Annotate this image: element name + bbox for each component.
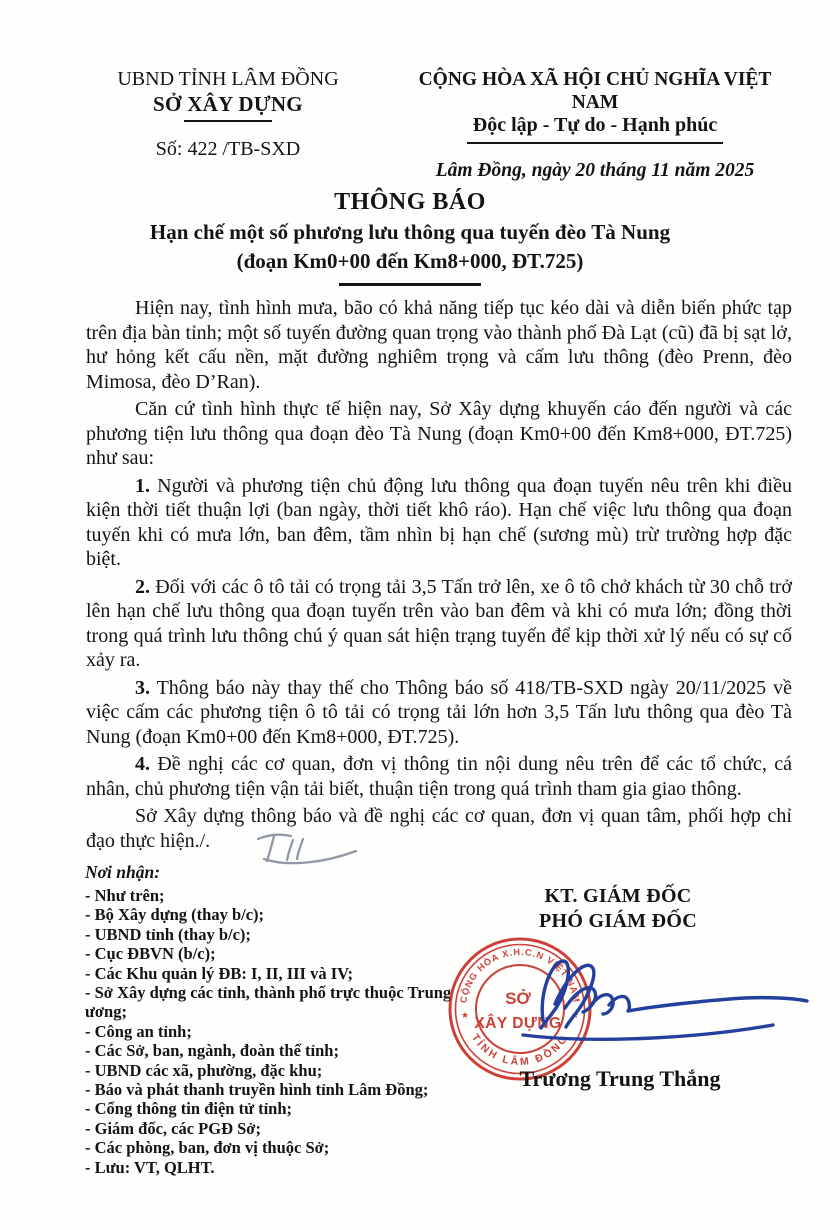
scanned-official-document: UBND TỈNH LÂM ĐỒNG SỞ XÂY DỰNG Số: 422 /…: [0, 0, 840, 1230]
signer-title-block: KT. GIÁM ĐỐC PHÓ GIÁM ĐỐC: [432, 884, 804, 934]
recipient-item: - Lưu: VT, QLHT.: [85, 1158, 467, 1177]
body-paragraph: Hiện nay, tình hình mưa, bão có khả năng…: [86, 296, 792, 394]
recipient-item: - Báo và phát thanh truyền hình tỉnh Lâm…: [85, 1080, 467, 1099]
national-motto: Độc lập - Tự do - Hạnh phúc: [396, 114, 794, 138]
recipient-item: - Cục ĐBVN (b/c);: [85, 944, 467, 963]
body-paragraph: 3. Thông báo này thay thế cho Thông báo …: [86, 676, 792, 750]
paragraph-number: 1.: [135, 475, 150, 497]
paragraph-number: 3.: [135, 677, 150, 699]
recipient-item: - UBND các xã, phường, đặc khu;: [85, 1061, 467, 1080]
org-name: SỞ XÂY DỰNG: [86, 92, 370, 117]
national-header-block: CỘNG HÒA XÃ HỘI CHỦ NGHĨA VIỆT NAM Độc l…: [396, 68, 794, 182]
doc-number: Số: 422 /TB-SXD: [86, 138, 370, 162]
recipient-item: - Công an tỉnh;: [85, 1022, 467, 1041]
recipients-list: - Như trên;- Bộ Xây dựng (thay b/c);- UB…: [85, 886, 467, 1177]
body-paragraph: 1. Người và phương tiện chủ động lưu thô…: [86, 474, 792, 572]
recipient-item: - Các Khu quản lý ĐB: I, II, III và IV;: [85, 964, 467, 983]
recipient-item: - Như trên;: [85, 886, 467, 905]
signer-name: Trương Trung Thắng: [460, 1066, 780, 1092]
title-separator-line: [339, 283, 481, 286]
org-underline: [184, 120, 272, 122]
seal-star-left: ★: [461, 1010, 469, 1020]
recipient-item: - Các Sở, ban, ngành, đoàn thể tỉnh;: [85, 1041, 467, 1060]
recipients-label: Nơi nhận:: [85, 862, 467, 883]
handwritten-signature: [505, 948, 825, 1043]
document-subject-line1: Hạn chế một số phương lưu thông qua tuyế…: [0, 220, 820, 246]
document-body: Hiện nay, tình hình mưa, bão có khả năng…: [86, 296, 792, 856]
paragraph-number: 2.: [135, 576, 150, 598]
place-and-date: Lâm Đồng, ngày 20 tháng 11 năm 2025: [396, 159, 794, 182]
motto-underline: [467, 142, 723, 144]
body-paragraph: Căn cứ tình hình thực tế hiện nay, Sở Xâ…: [86, 397, 792, 471]
paragraph-number: 4.: [135, 753, 150, 775]
recipient-item: - UBND tỉnh (thay b/c);: [85, 925, 467, 944]
document-subject-line2: (đoạn Km0+00 đến Km8+000, ĐT.725): [0, 249, 820, 275]
signer-title-2: PHÓ GIÁM ĐỐC: [432, 909, 804, 934]
recipient-item: - Bộ Xây dựng (thay b/c);: [85, 905, 467, 924]
body-paragraph: Sở Xây dựng thông báo và đề nghị các cơ …: [86, 804, 792, 853]
org-parent-name: UBND TỈNH LÂM ĐỒNG: [86, 68, 370, 92]
national-title: CỘNG HÒA XÃ HỘI CHỦ NGHĨA VIỆT NAM: [396, 68, 794, 114]
recipient-item: - Cổng thông tin điện tử tỉnh;: [85, 1099, 467, 1118]
body-paragraph: 4. Đề nghị các cơ quan, đơn vị thông tin…: [86, 752, 792, 801]
document-title-block: THÔNG BÁO Hạn chế một số phương lưu thôn…: [0, 188, 820, 286]
recipient-item: - Giám đốc, các PGĐ Sở;: [85, 1119, 467, 1138]
recipients-block: Nơi nhận: - Như trên;- Bộ Xây dựng (thay…: [85, 862, 467, 1177]
recipient-item: - Các phòng, ban, đơn vị thuộc Sở;: [85, 1138, 467, 1157]
issuing-org-block: UBND TỈNH LÂM ĐỒNG SỞ XÂY DỰNG Số: 422 /…: [86, 68, 370, 162]
handwritten-initial: [252, 830, 364, 866]
recipient-item: - Sở Xây dựng các tỉnh, thành phố trực t…: [85, 983, 467, 1022]
body-paragraph: 2. Đối với các ô tô tải có trọng tải 3,5…: [86, 575, 792, 673]
signer-title-1: KT. GIÁM ĐỐC: [432, 884, 804, 909]
document-type: THÔNG BÁO: [0, 188, 820, 217]
